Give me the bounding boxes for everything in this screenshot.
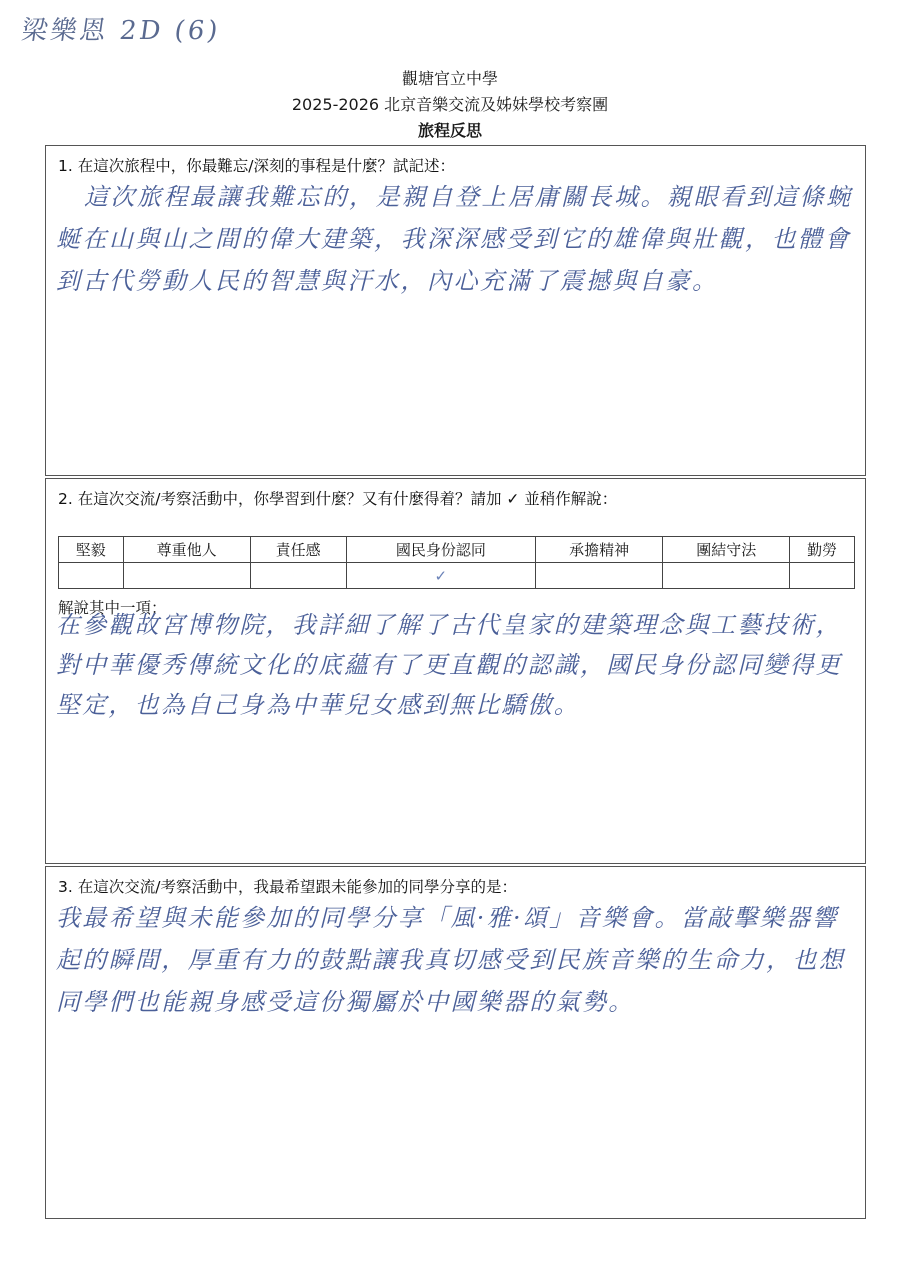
student-name-class-number: 梁樂恩 2D (6)	[19, 10, 223, 47]
question-3-box: 3. 在這次交流/考察活動中，我最希望跟未能參加的同學分享的是： 我最希望與未能…	[45, 866, 866, 1219]
values-header-row: 堅毅 尊重他人 責任感 國民身份認同 承擔精神 團結守法 勤勞	[59, 537, 855, 563]
check-cell-diligence[interactable]	[790, 563, 855, 589]
value-commitment: 承擔精神	[536, 537, 663, 563]
school-name: 觀塘官立中學	[0, 66, 900, 89]
form-title: 旅程反思	[0, 118, 900, 141]
value-respect-others: 尊重他人	[123, 537, 250, 563]
question-1-answer[interactable]: 這次旅程最讓我難忘的，是親自登上居庸關長城。親眼看到這條蜿蜒在山與山之間的偉大建…	[56, 176, 859, 302]
values-checklist-table: 堅毅 尊重他人 責任感 國民身份認同 承擔精神 團結守法 勤勞 ✓	[58, 536, 855, 589]
question-2-box: 2. 在這次交流/考察活動中，你學習到什麼？又有什麼得着？請加 ✓ 並稍作解說：…	[45, 478, 866, 864]
value-responsibility: 責任感	[250, 537, 346, 563]
question-1-box: 1. 在這次旅程中，你最難忘/深刻的事程是什麼？試記述： 這次旅程最讓我難忘的，…	[45, 145, 866, 476]
values-check-row: ✓	[59, 563, 855, 589]
question-2-answer[interactable]: 在參觀故宮博物院，我詳細了解了古代皇家的建築理念與工藝技術，對中華優秀傳統文化的…	[56, 605, 859, 725]
value-diligence: 勤勞	[790, 537, 855, 563]
check-cell-perseverance[interactable]	[59, 563, 124, 589]
check-cell-respect-others[interactable]	[123, 563, 250, 589]
question-3-prompt: 3. 在這次交流/考察活動中，我最希望跟未能參加的同學分享的是：	[58, 875, 517, 897]
question-3-answer[interactable]: 我最希望與未能參加的同學分享「風·雅·頌」音樂會。當敲擊樂器響起的瞬間，厚重有力…	[56, 897, 859, 1023]
question-1-prompt: 1. 在這次旅程中，你最難忘/深刻的事程是什麼？試記述：	[58, 154, 455, 176]
value-national-identity: 國民身份認同	[346, 537, 536, 563]
value-unity-law-abiding: 團結守法	[663, 537, 790, 563]
check-cell-responsibility[interactable]	[250, 563, 346, 589]
check-cell-commitment[interactable]	[536, 563, 663, 589]
check-cell-national-identity[interactable]: ✓	[346, 563, 536, 589]
value-perseverance: 堅毅	[59, 537, 124, 563]
question-2-prompt: 2. 在這次交流/考察活動中，你學習到什麼？又有什麼得着？請加 ✓ 並稍作解說：	[58, 487, 617, 509]
check-cell-unity-law-abiding[interactable]	[663, 563, 790, 589]
event-title: 2025-2026 北京音樂交流及姊妹學校考察團	[0, 92, 900, 115]
